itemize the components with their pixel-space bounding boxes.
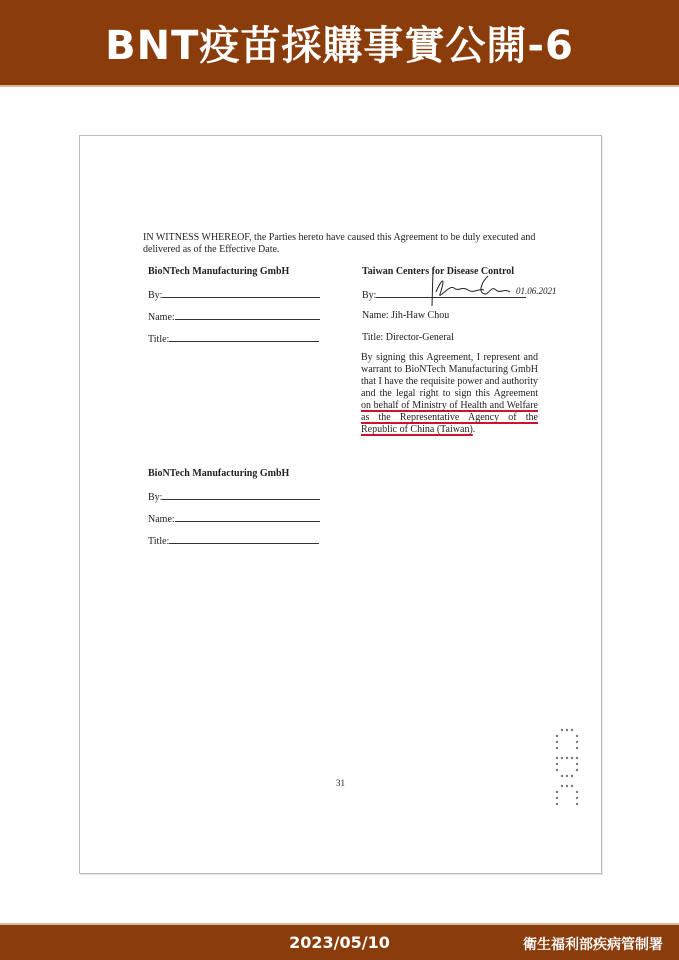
title-line <box>169 332 319 342</box>
organization-name: 衛生福利部疾病管制署 <box>523 934 663 954</box>
representation-clause: By signing this Agreement, I represent a… <box>361 352 538 436</box>
by-label: By: <box>148 492 162 503</box>
left-party-name-1: BioNTech Manufacturing GmbH <box>148 266 289 278</box>
title-label: Title: <box>148 334 169 345</box>
left-title-field-1: Title: <box>148 332 319 346</box>
left-name-field-1: Name: <box>148 310 320 324</box>
footer-banner: 2023/05/10 衛生福利部疾病管制署 <box>0 923 679 960</box>
handwritten-signature: 01.06.2021 <box>428 270 568 308</box>
signature-line <box>162 288 320 298</box>
agreement-page: IN WITNESS WHEREOF, the Parties hereto h… <box>79 135 602 874</box>
name-line <box>175 310 320 320</box>
left-party-name-2: BioNTech Manufacturing GmbH <box>148 468 289 480</box>
name-label: Name: <box>148 514 175 525</box>
by-label: By: <box>148 290 162 301</box>
left-name-field-2: Name: <box>148 512 320 526</box>
by-label: By: <box>362 290 376 301</box>
page-number: 31 <box>336 777 345 789</box>
title-label: Title: <box>148 536 169 547</box>
left-by-field-1: By: <box>148 288 320 302</box>
witness-clause: IN WITNESS WHEREOF, the Parties hereto h… <box>143 232 543 256</box>
right-title-value: Title: Director-General <box>362 332 454 344</box>
page-title: BNT疫苗採購事實公開-6 <box>105 14 574 71</box>
perforation-stamp-icon <box>552 726 582 816</box>
name-line <box>175 512 320 522</box>
title-banner: BNT疫苗採購事實公開-6 <box>0 0 679 87</box>
name-label: Name: <box>148 312 175 323</box>
right-name-value: Name: Jih-Haw Chou <box>362 310 449 322</box>
signature-line <box>162 490 320 500</box>
left-by-field-2: By: <box>148 490 320 504</box>
left-title-field-2: Title: <box>148 534 319 548</box>
representation-text: By signing this Agreement, I represent a… <box>361 352 538 399</box>
svg-text:01.06.2021: 01.06.2021 <box>516 286 557 296</box>
representation-end: . <box>473 424 476 435</box>
highlighted-text: on behalf of Ministry of Health and Welf… <box>361 400 538 435</box>
title-line <box>169 534 319 544</box>
